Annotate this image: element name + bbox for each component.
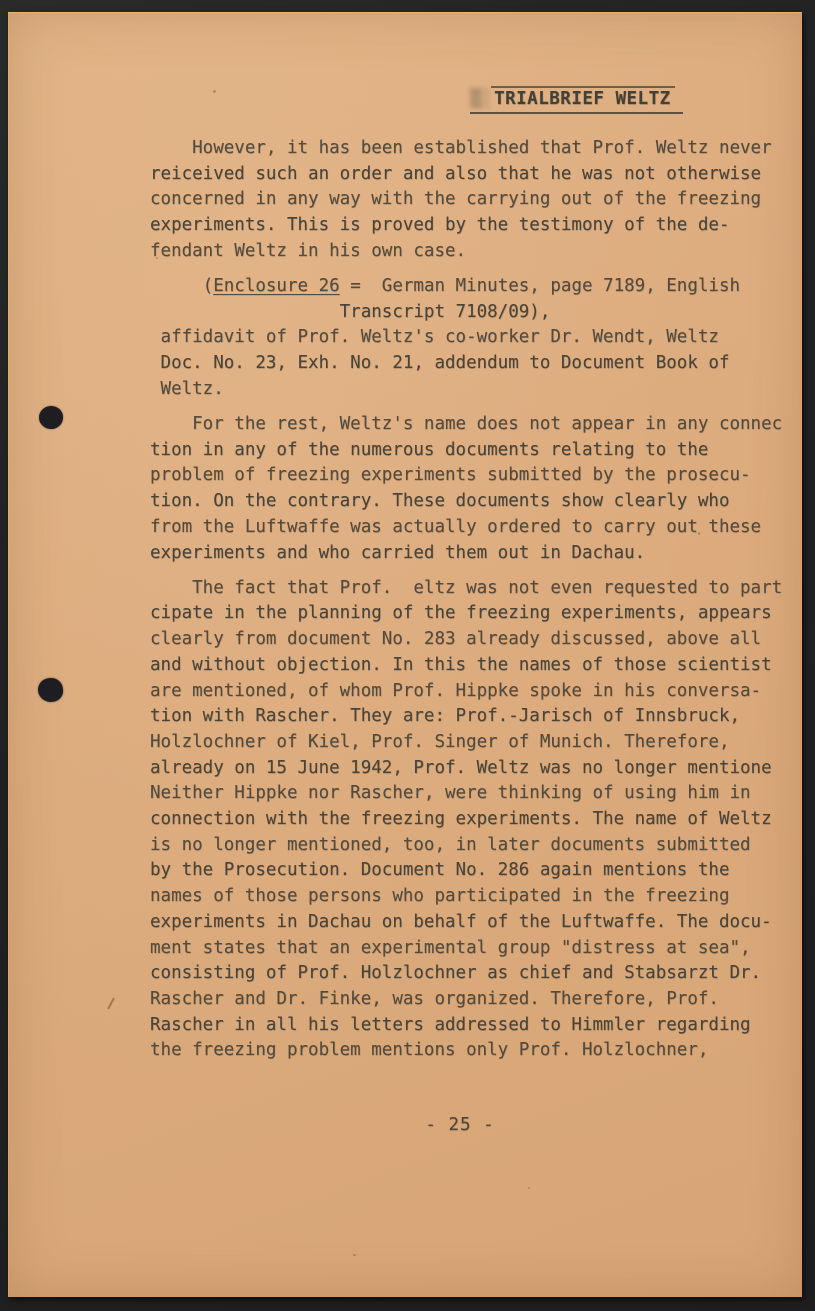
text-line: Transcript 7108/09), (150, 300, 798, 326)
paper-speckle (353, 1254, 356, 1256)
text-line: consisting of Prof. Holzlochner as chief… (150, 961, 798, 987)
paper-speckle (528, 1187, 530, 1189)
text-line: Doc. No. 23, Exh. No. 21, addendum to Do… (150, 351, 798, 377)
enclosure-ref: Enclosure 26 (213, 276, 339, 296)
text-line: The fact that Prof. eltz was not even re… (150, 576, 798, 602)
text-line: already on 15 June 1942, Prof. Weltz was… (150, 756, 798, 782)
text-line: and without objection. In this the names… (150, 653, 798, 679)
text-line: experiments. This is proved by the testi… (150, 213, 798, 239)
text-line: names of those persons who participated … (150, 884, 798, 910)
text-line: experiments in Dachau on behalf of the L… (150, 910, 798, 936)
text-line: problem of freezing experiments submitte… (150, 463, 798, 489)
paragraph-3: For the rest, Weltz's name does not appe… (150, 412, 798, 566)
text-line: Holzlochner of Kiel, Prof. Singer of Mun… (150, 730, 798, 756)
text-line: connection with the freezing experiments… (150, 807, 798, 833)
text-line: the freezing problem mentions only Prof.… (150, 1038, 798, 1064)
document-body: However, it has been established that Pr… (150, 136, 798, 1064)
document-page: ▒░TRIALBRIEF WELTZ However, it has been … (8, 12, 802, 1297)
text-line: fendant Weltz in his own case. (150, 239, 798, 265)
text-line: is no longer mentioned, too, in later do… (150, 833, 798, 859)
paper-speckle (213, 90, 216, 93)
document-header: ▒░TRIALBRIEF WELTZ (470, 86, 683, 114)
pencil-mark (107, 997, 115, 1009)
text-line: reiceived such an order and also that he… (150, 162, 798, 188)
text-line: affidavit of Prof. Weltz's co-worker Dr.… (150, 325, 798, 351)
text-line: experiments and who carried them out in … (150, 541, 798, 567)
paragraph-1: However, it has been established that Pr… (150, 136, 798, 265)
text-line: Rascher and Dr. Finke, was organized. Th… (150, 987, 798, 1013)
text-line: concerned in any way with the carrying o… (150, 187, 798, 213)
text-line: tion. On the contrary. These documents s… (150, 489, 798, 515)
text-line: Weltz. (150, 377, 798, 403)
text-line: Neither Hippke nor Rascher, were thinkin… (150, 781, 798, 807)
text-line: tion in any of the numerous documents re… (150, 438, 798, 464)
enclosure-rest: = German Minutes, page 7189, English (340, 276, 740, 296)
text-line: clearly from document No. 283 already di… (150, 627, 798, 653)
enclosure-open: ( (150, 276, 213, 296)
paragraph-4: The fact that Prof. eltz was not even re… (150, 576, 798, 1064)
text-line: are mentioned, of whom Prof. Hippke spok… (150, 679, 798, 705)
text-line: from the Luftwaffe was actually ordered … (150, 515, 798, 541)
text-line: However, it has been established that Pr… (150, 136, 798, 162)
hole-punch-top (38, 404, 65, 430)
text-line: by the Prosecution. Document No. 286 aga… (150, 858, 798, 884)
hole-punch-bottom (37, 677, 64, 703)
text-line: ment states that an experimental group "… (150, 936, 798, 962)
text-line: cipate in the planning of the freezing e… (150, 601, 798, 627)
page-number: - 25 - (150, 1115, 770, 1135)
text-line: tion with Rascher. They are: Prof.-Jaris… (150, 704, 798, 730)
text-line: For the rest, Weltz's name does not appe… (150, 412, 798, 438)
text-line: (Enclosure 26 = German Minutes, page 718… (150, 274, 798, 300)
page-title: TRIALBRIEF WELTZ (491, 86, 675, 109)
faded-stamp: ▒░ (470, 89, 489, 109)
text-line: Rascher in all his letters addressed to … (150, 1013, 798, 1039)
enclosure-block: (Enclosure 26 = German Minutes, page 718… (150, 274, 798, 403)
scan-background: ▒░TRIALBRIEF WELTZ However, it has been … (0, 0, 815, 1311)
